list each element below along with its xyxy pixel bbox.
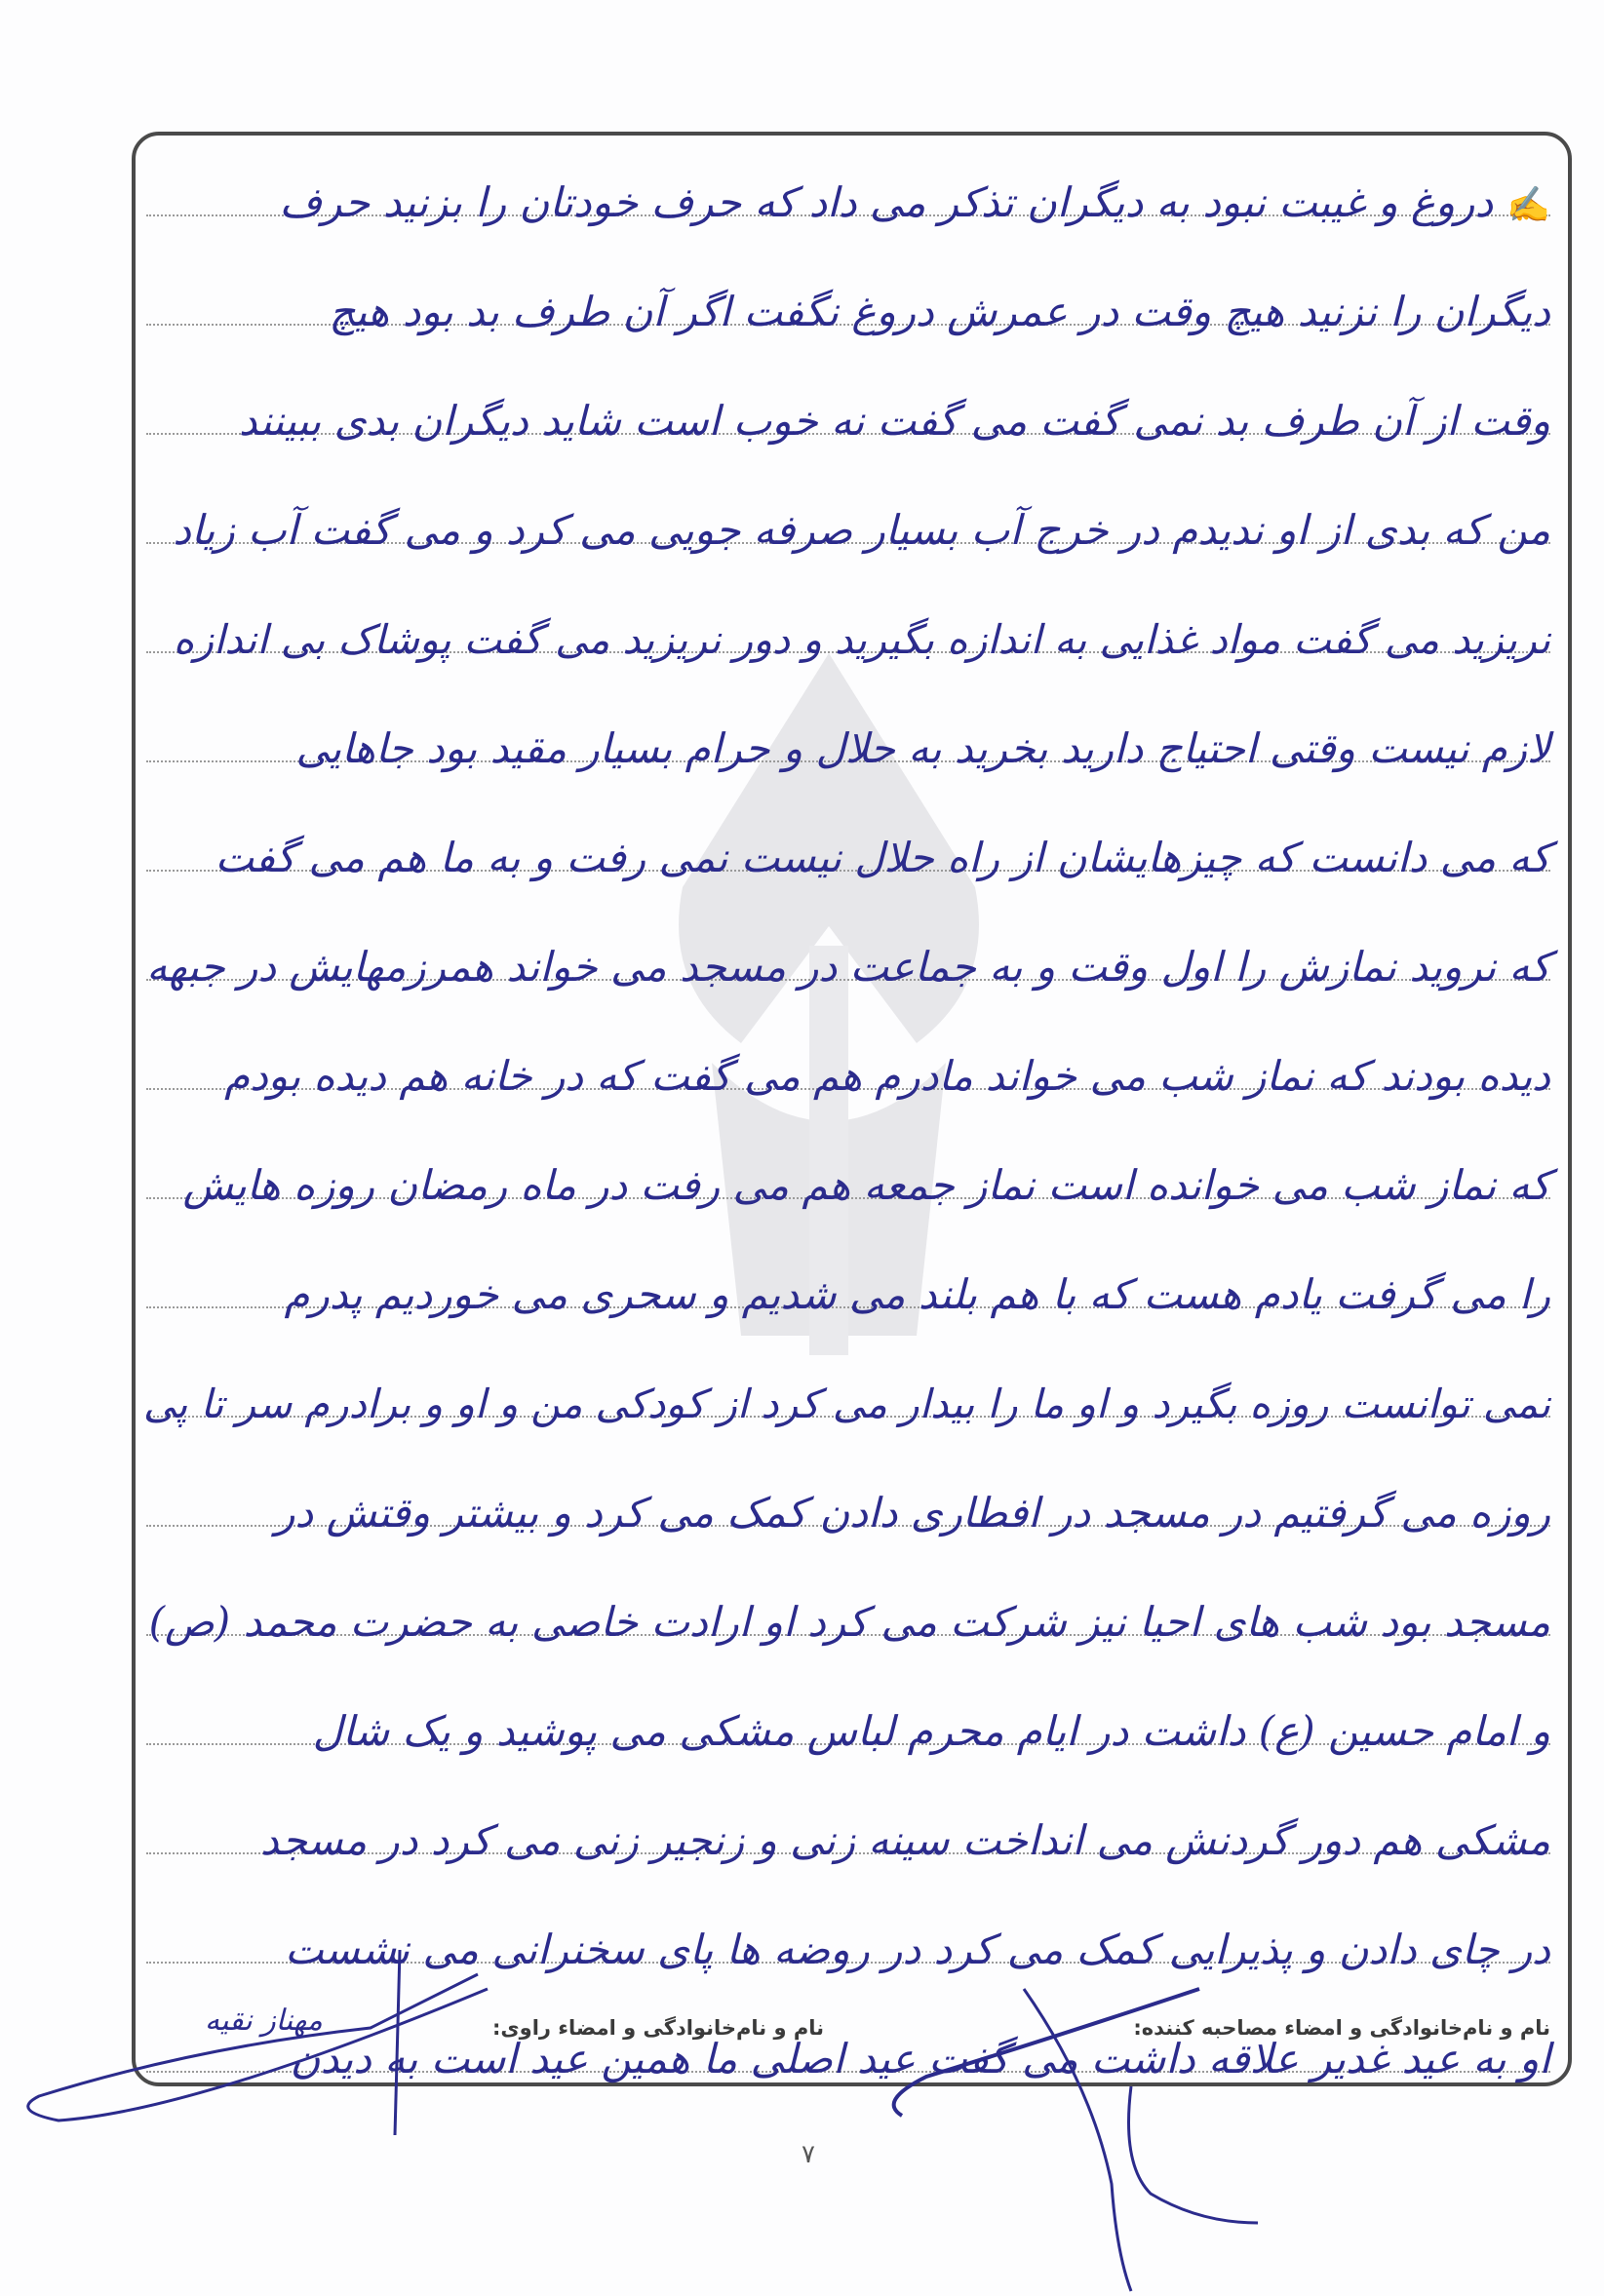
line-text: که نماز شب می خوانده است نماز جمعه هم می…	[183, 1161, 1550, 1209]
line-text: مسجد بود شب های احیا نیز شرکت می کرد او …	[149, 1598, 1550, 1646]
text-line: که نروید نمازش را اول وقت و به جماعت در …	[146, 911, 1550, 981]
narrator-signature: مهناز نقیه	[205, 2004, 323, 2038]
line-text: را می گرفت یادم هست که با هم بلند می شدی…	[285, 1270, 1551, 1318]
text-line: من که بدی از او ندیدم در خرج آب بسیار صر…	[146, 474, 1550, 544]
line-text: که نروید نمازش را اول وقت و به جماعت در …	[146, 943, 1550, 991]
text-line: را می گرفت یادم هست که با هم بلند می شدی…	[146, 1238, 1550, 1308]
line-text: دیده بودند که نماز شب می خواند مادرم هم …	[224, 1052, 1550, 1100]
line-text: وقت از آن طرف بد نمی گفت می گفت نه خوب ا…	[239, 397, 1550, 445]
line-text: نریزید می گفت مواد غذایی به اندازه بگیری…	[174, 616, 1550, 663]
page-number: ۷	[802, 2140, 815, 2169]
text-line: مشکی هم دور گردنش می انداخت سینه زنی و ز…	[146, 1784, 1550, 1854]
text-line: لازم نیست وقتی احتیاج دارید بخرید به حلا…	[146, 692, 1550, 762]
text-line: دیده بودند که نماز شب می خواند مادرم هم …	[146, 1020, 1550, 1090]
line-text: مشکی هم دور گردنش می انداخت سینه زنی و ز…	[260, 1816, 1550, 1864]
line-text: در چای دادن و پذیرایی کمک می کرد در روضه…	[285, 1926, 1550, 1973]
line-text: دیگران را نزنید هیچ وقت در عمرش دروغ نگف…	[329, 288, 1550, 335]
line-text: روزه می گرفتیم در مسجد در افطاری دادن کم…	[275, 1489, 1550, 1537]
text-line: که می دانست که چیزهایشان از راه حلال نیس…	[146, 801, 1550, 872]
text-line: نمی توانست روزه بگیرد و او ما را بیدار م…	[146, 1347, 1550, 1418]
text-line: در چای دادن و پذیرایی کمک می کرد در روضه…	[146, 1893, 1550, 1964]
writing-hand-icon: ✍	[1506, 184, 1550, 225]
line-text: لازم نیست وقتی احتیاج دارید بخرید به حلا…	[295, 724, 1550, 772]
line-text: نمی توانست روزه بگیرد و او ما را بیدار م…	[143, 1381, 1550, 1427]
text-line: ✍دروغ و غیبت نبود به دیگران تذکر می داد …	[146, 146, 1550, 216]
narrator-signature-label: نام و نام‌خانوادگی و امضاء راوی:	[492, 2016, 824, 2040]
text-line: دیگران را نزنید هیچ وقت در عمرش دروغ نگف…	[146, 255, 1550, 326]
text-line: نریزید می گفت مواد غذایی به اندازه بگیری…	[146, 583, 1550, 653]
line-text: و امام حسین (ع) داشت در ایام محرم لباس م…	[313, 1707, 1550, 1755]
line-text: که می دانست که چیزهایشان از راه حلال نیس…	[215, 834, 1550, 881]
text-line: مسجد بود شب های احیا نیز شرکت می کرد او …	[146, 1566, 1550, 1636]
line-text: من که بدی از او ندیدم در خرج آب بسیار صر…	[173, 506, 1550, 554]
text-line: و امام حسین (ع) داشت در ایام محرم لباس م…	[146, 1675, 1550, 1745]
text-line: روزه می گرفتیم در مسجد در افطاری دادن کم…	[146, 1457, 1550, 1527]
text-line: که نماز شب می خوانده است نماز جمعه هم می…	[146, 1129, 1550, 1199]
interviewer-signature-label: نام و نام‌خانوادگی و امضاء مصاحبه کننده:	[1133, 2016, 1550, 2040]
line-text: او به عید غدیر علاقه داشت می گفت عید اصل…	[291, 2035, 1550, 2082]
line-text: دروغ و غیبت نبود به دیگران تذکر می داد ک…	[280, 178, 1494, 226]
text-line: وقت از آن طرف بد نمی گفت می گفت نه خوب ا…	[146, 365, 1550, 435]
